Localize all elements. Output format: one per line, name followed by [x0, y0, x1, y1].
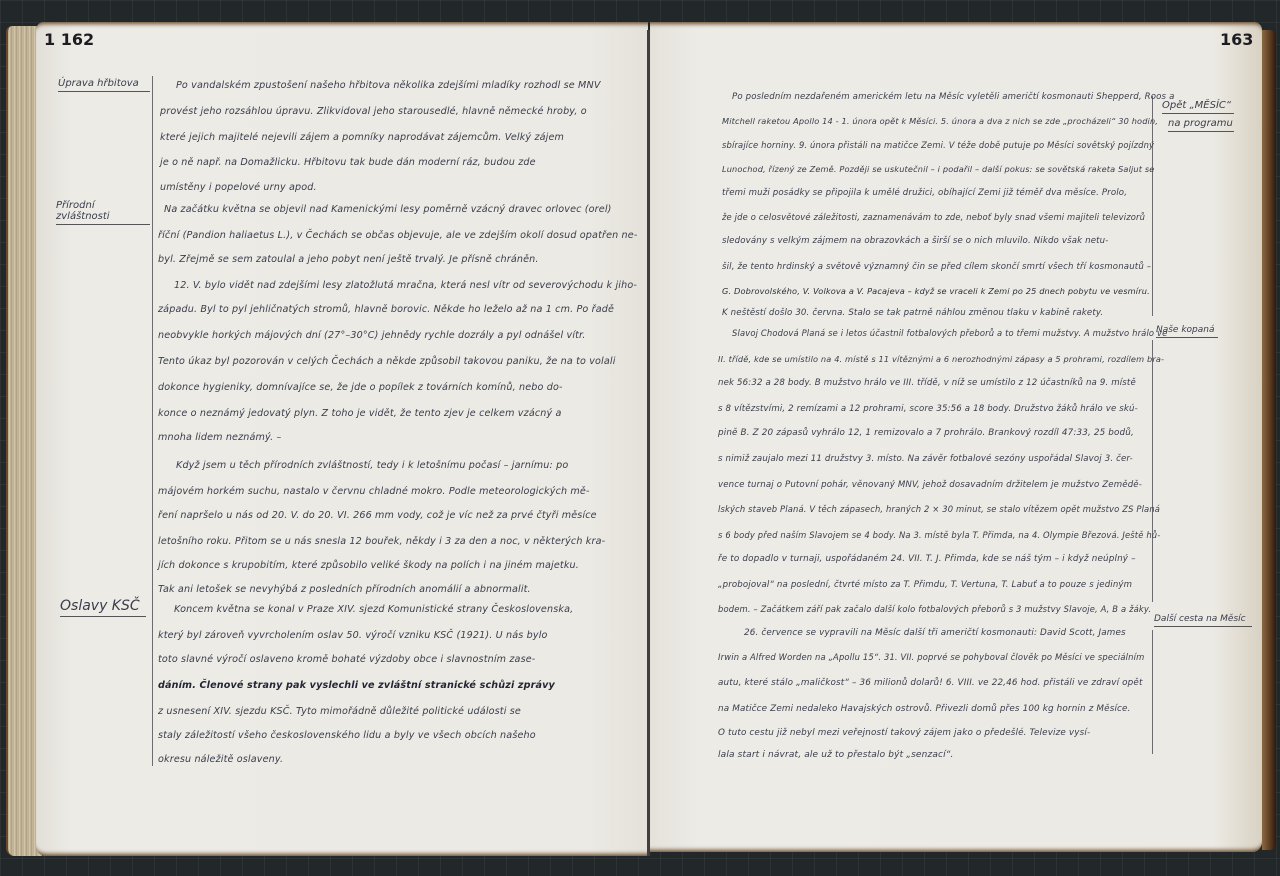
text-line: sledovány s velkým zájmem na obrazovkách…: [722, 236, 1109, 246]
text-line: lala start i návrat, ale už to přestalo …: [718, 750, 954, 760]
text-line: 12. V. bylo vidět nad zdejšími lesy zlat…: [174, 280, 637, 291]
text-line: 26. července se vypravili na Měsíc další…: [744, 628, 1126, 638]
left-page-number: 1 162: [44, 30, 94, 49]
text-line: mnoha lidem neznámý. –: [158, 432, 281, 443]
text-line: na Matičce Zemi nedaleko Havajských ostr…: [718, 704, 1131, 714]
text-line: II. třídě, kde se umístilo na 4. místě s…: [718, 354, 1164, 364]
text-line: vence turnaj o Putovní pohár, věnovaný M…: [718, 480, 1142, 490]
margin-title-ksc-celebrations: Oslavy KSČ: [60, 598, 146, 617]
text-line: s 6 body před naším Slavojem se 4 body. …: [718, 530, 1160, 540]
text-line: s 8 vítězstvími, 2 remízami a 12 prohram…: [718, 404, 1138, 414]
text-line: G. Dobrovolského, V. Volkova a V. Pacaje…: [722, 286, 1150, 296]
text-line: Na začátku května se objevil nad Kamenic…: [164, 204, 612, 215]
text-line: ře to dopadlo v turnaji, uspořádaném 24.…: [718, 554, 1136, 564]
right-margin-rule-1: [1152, 96, 1153, 316]
text-line: západu. Byl to pyl jehličnatých stromů, …: [158, 304, 614, 315]
right-margin-rule-2: [1152, 340, 1153, 602]
text-line: pině B. Z 20 zápasů vyhrálo 12, 1 remizo…: [718, 428, 1134, 438]
text-line: říční (Pandion haliaetus L.), v Čechách …: [158, 230, 637, 241]
text-line: autu, které stálo „maličkost“ – 36 milio…: [718, 678, 1143, 688]
text-line: dáním. Členové strany pak vyslechli ve z…: [158, 680, 555, 691]
text-line: provést jeho rozsáhlou úpravu. Zlikvidov…: [160, 106, 587, 117]
text-line: dokonce hygieniky, domnívajíce se, že jd…: [158, 382, 563, 393]
text-line: Slavoj Chodová Planá se i letos účastnil…: [732, 328, 1167, 338]
text-line: Tak ani letošek se nevyhýbá z posledních…: [158, 584, 531, 595]
text-line: Tento úkaz byl pozorován v celých Čechác…: [158, 356, 616, 367]
text-line: Koncem května se konal v Praze XIV. sjez…: [174, 604, 573, 615]
left-margin-rule: [152, 76, 153, 766]
text-line: Lunochod, řízený ze Země. Později se usk…: [722, 164, 1155, 174]
margin-title-moon-again-1: Opět „MĚSÍC“: [1162, 100, 1234, 114]
text-line: šil, že tento hrdinský a světově významn…: [722, 262, 1151, 272]
text-line: jích dokonce s krupobitím, které způsobi…: [158, 560, 579, 571]
margin-title-natural-curiosities: Přírodní zvláštnosti: [56, 200, 150, 225]
text-line: Mitchell raketou Apollo 14 - 1. února op…: [722, 116, 1158, 126]
right-page-number: 163: [1220, 30, 1253, 49]
text-line: je o ně např. na Domažlicku. Hřbitovu ta…: [160, 157, 536, 168]
right-margin-rule-3: [1152, 630, 1153, 754]
text-line: toto slavné výročí oslaveno kromě bohaté…: [158, 654, 535, 665]
margin-title-next-moon-trip: Další cesta na Měsíc: [1154, 614, 1252, 627]
margin-title-cemetery: Úprava hřbitova: [58, 78, 150, 92]
text-line: Irwin a Alfred Worden na „Apollu 15“. 31…: [718, 652, 1144, 662]
text-line: staly záležitostí všeho československého…: [158, 730, 536, 741]
text-line: májovém horkém suchu, nastalo v červnu c…: [158, 486, 590, 497]
text-line: neobvykle horkých májových dní (27°–30°C…: [158, 330, 585, 341]
text-line: letošního roku. Přitom se u nás snesla 1…: [158, 536, 605, 547]
text-line: z usnesení XIV. sjezdu KSČ. Tyto mimořád…: [158, 706, 521, 717]
text-line: konce o neznámý jedovatý plyn. Z toho je…: [158, 408, 562, 419]
text-line: nek 56:32 a 28 body. B mužstvo hrálo ve …: [718, 378, 1136, 388]
text-line: Po vandalském zpustošení našeho hřbitova…: [176, 80, 601, 91]
text-line: sbírajíce horniny. 9. února přistáli na …: [722, 140, 1154, 150]
book-page-edges-right: [1262, 30, 1276, 850]
text-line: O tuto cestu již nebyl mezi veřejností t…: [718, 728, 1090, 738]
text-line: že jde o celosvětové záležitosti, zaznam…: [722, 212, 1145, 222]
text-line: bodem. – Začátkem září pak začalo další …: [718, 604, 1151, 614]
text-line: okresu náležitě oslaveny.: [158, 754, 283, 765]
text-line: třemi muži posádky se připojila k umělé …: [722, 188, 1127, 198]
text-line: Když jsem u těch přírodních zvláštností,…: [176, 460, 568, 471]
text-line: ření napršelo u nás od 20. V. do 20. VI.…: [158, 510, 597, 521]
text-line: který byl zároveň vyvrcholením oslav 50.…: [158, 630, 548, 641]
text-line: byl. Zřejmě se sem zatoulal a jeho pobyt…: [158, 254, 539, 265]
text-line: které jejich majitelé nejevili zájem a p…: [160, 132, 564, 143]
text-line: lských staveb Planá. V těch zápasech, hr…: [718, 504, 1160, 514]
text-line: s nimiž zaujalo mezi 11 družstvy 3. míst…: [718, 454, 1133, 464]
text-line: umístěny i popelové urny apod.: [160, 182, 317, 193]
text-line: Po posledním nezdařeném americkém letu n…: [732, 92, 1175, 102]
text-line: K neštěstí došlo 30. června. Stalo se ta…: [722, 308, 1103, 318]
margin-title-moon-again-2: na programu: [1168, 118, 1234, 132]
text-line: „probojoval“ na poslední, čtvrté místo z…: [718, 580, 1132, 590]
